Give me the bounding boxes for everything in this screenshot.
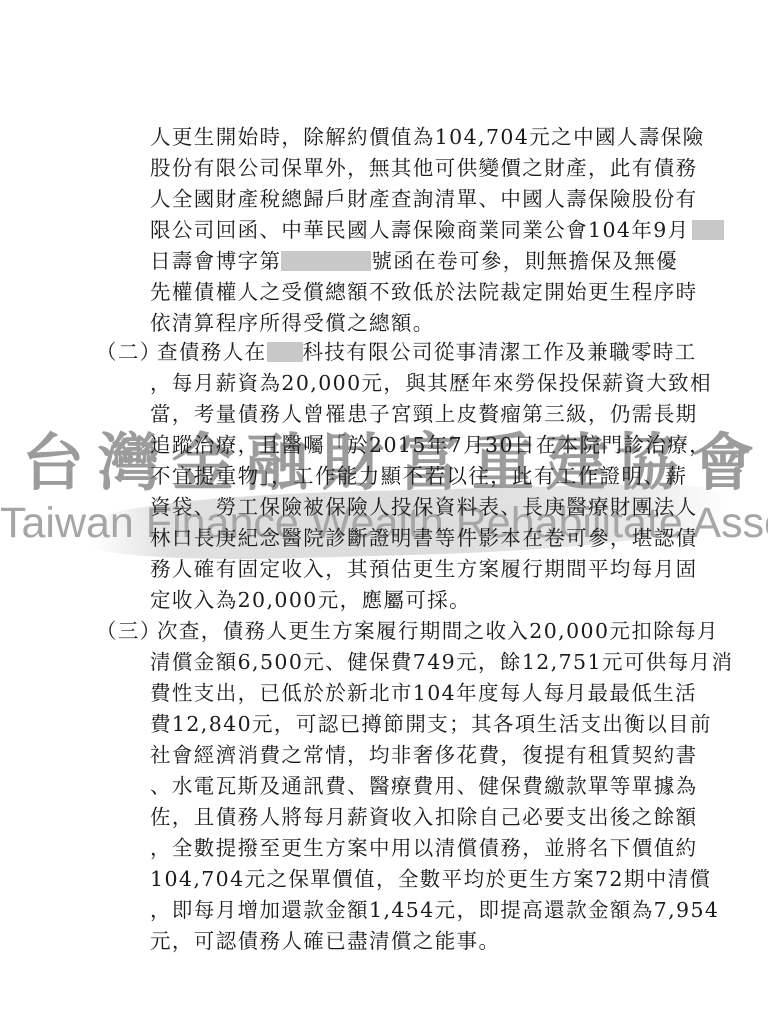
section-label: （三） bbox=[96, 616, 162, 646]
redaction-block bbox=[281, 251, 371, 271]
text-line: 人更生開始時，除解約價值為104,704元之中國人壽保險 bbox=[150, 122, 704, 152]
text-line: 社會經濟消費之常情，均非奢侈花費，復提有租賃契約書 bbox=[150, 740, 698, 770]
text-line: 務人確有固定收入，其預估更生方案履行期間平均每月固 bbox=[150, 554, 698, 584]
text-line: 、水電瓦斯及通訊費、醫療費用、健保費繳款單等單據為 bbox=[150, 771, 698, 801]
text-line: 日壽會博字第號函在卷可參，則無擔保及無優 bbox=[150, 246, 678, 276]
text-line: 林口長庚紀念醫院診斷證明書等件影本在卷可參，堪認債 bbox=[150, 523, 698, 553]
text-line: 定收入為20,000元，應屬可採。 bbox=[150, 585, 471, 615]
text-line: 費性支出，已低於於新北市104年度每人每月最最低生活 bbox=[150, 678, 697, 708]
text-line: 清償金額6,500元、健保費749元，餘12,751元可供每月消 bbox=[150, 647, 733, 677]
text-line: 先權債權人之受償總額不致低於法院裁定開始更生程序時 bbox=[150, 277, 698, 307]
section-label: （二） bbox=[96, 337, 162, 367]
text-line: ，即每月增加還款金額1,454元，即提高還款金額為7,954 bbox=[150, 895, 719, 925]
text-line: 不宜提重物」，工作能力顯不若以往，此有工作證明、薪 bbox=[150, 461, 687, 491]
text-segment: 號函在卷可參，則無擔保及無優 bbox=[371, 249, 678, 273]
redaction-block bbox=[692, 220, 724, 240]
text-line: ，每月薪資為20,000元，與其歷年來勞保投保薪資大致相 bbox=[150, 368, 712, 398]
text-line: 佐，且債務人將每月薪資收入扣除自己必要支出後之餘額 bbox=[150, 802, 698, 832]
text-line: 次查，債務人更生方案履行期間之收入20,000元扣除每月 bbox=[157, 616, 719, 646]
text-line: 元，可認債務人確已盡清償之能事。 bbox=[150, 926, 500, 956]
text-line: 股份有限公司保單外，無其他可供變價之財產，此有債務 bbox=[150, 153, 698, 183]
text-line: 當，考量債務人曾罹患子宮頸上皮贅瘤第三級，仍需長期 bbox=[150, 399, 698, 429]
text-line: ，全數提撥至更生方案中用以清償債務，並將名下價值約 bbox=[150, 833, 698, 863]
text-line: 人全國財產稅總歸戶財產查詢清單、中國人壽保險股份有 bbox=[150, 184, 698, 214]
text-line: 資袋、勞工保險被保險人投保資料表、長庚醫療財團法人 bbox=[150, 492, 698, 522]
text-line: 查債務人在科技有限公司從事清潔工作及兼職零時工 bbox=[157, 337, 697, 367]
text-line: 104,704元之保單價值，全數平均於更生方案72期中清償 bbox=[150, 864, 711, 894]
text-segment: 限公司回函、中華民國人壽保險商業同業公會104年9月 bbox=[150, 218, 690, 242]
text-segment: 查債務人在 bbox=[157, 340, 267, 364]
watermark-char: 台 bbox=[22, 428, 84, 498]
text-line: 限公司回函、中華民國人壽保險商業同業公會104年9月 bbox=[150, 215, 724, 245]
text-segment: 日壽會博字第 bbox=[150, 249, 281, 273]
text-line: 追蹤治療，且醫囑「於2015年7月30日在本院門診治療， bbox=[150, 430, 711, 460]
text-segment: 科技有限公司從事清潔工作及兼職零時工 bbox=[303, 340, 697, 364]
document-page: 台 灣 金 融 財 富 重 建 協 會 Taiwan Finance Wealt… bbox=[0, 0, 768, 1024]
redaction-block bbox=[267, 342, 303, 362]
text-line: 依清算程序所得受償之總額。 bbox=[150, 308, 435, 338]
text-line: 費12,840元，可認已撙節開支；其各項生活支出衡以目前 bbox=[150, 709, 712, 739]
